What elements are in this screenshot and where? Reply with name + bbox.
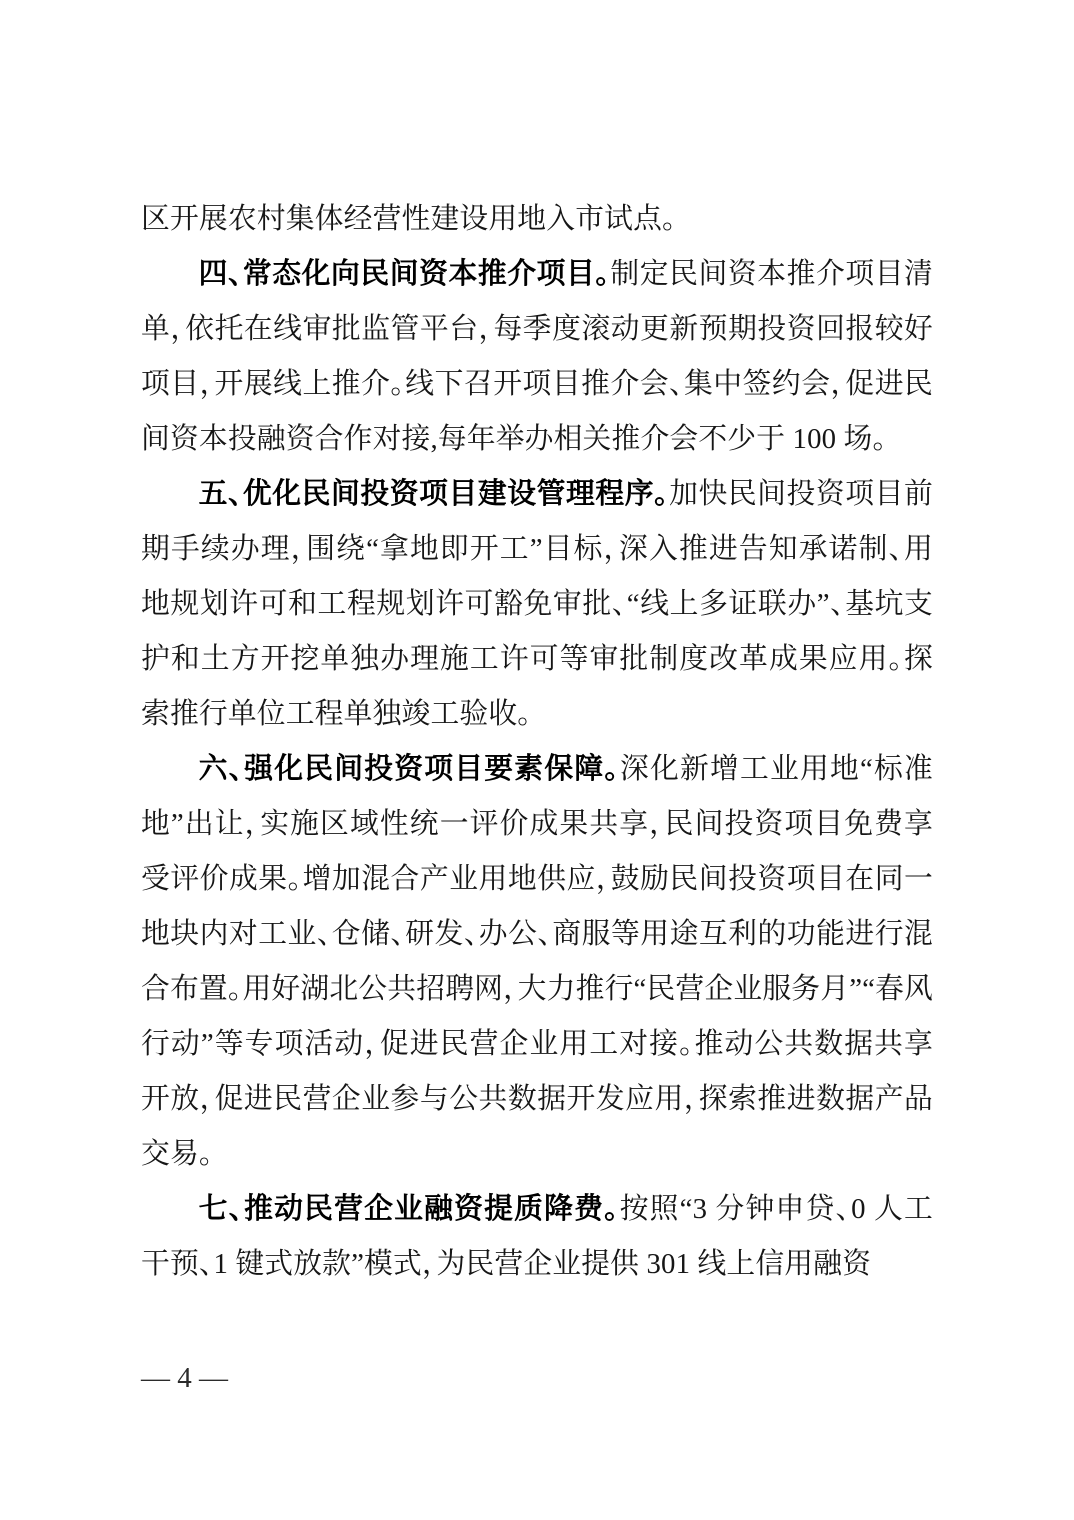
paragraph: 四、常态化向民间资本推介项目。制定民间资本推介项目清单，依托在线审批监管平台，每…	[141, 247, 933, 467]
page-number: — 4 —	[141, 1362, 228, 1394]
paragraph: 七、推动民营企业融资提质降费。按照“3 分钟申贷、0 人工干预、1 键式放款”模…	[141, 1182, 933, 1292]
document-body: 区开展农村集体经营性建设用地入市试点。四、常态化向民间资本推介项目。制定民间资本…	[141, 192, 933, 1292]
section-heading: 七、推动民营企业融资提质降费。	[199, 1193, 620, 1225]
page-footer: — 4 —	[141, 1356, 228, 1400]
paragraph: 六、强化民间投资项目要素保障。深化新增工业用地“标准地”出让，实施区域性统一评价…	[141, 742, 933, 1182]
section-heading: 五、优化民间投资项目建设管理程序。	[199, 478, 669, 510]
section-heading: 四、常态化向民间资本推介项目。	[199, 258, 611, 290]
paragraph-text: 深化新增工业用地“标准地”出让，实施区域性统一评价成果共享，民间投资项目免费享受…	[141, 753, 933, 1170]
paragraph-text: 加快民间投资项目前期手续办理，围绕“拿地即开工”目标，深入推进告知承诺制、用地规…	[141, 478, 933, 730]
paragraph: 五、优化民间投资项目建设管理程序。加快民间投资项目前期手续办理，围绕“拿地即开工…	[141, 467, 933, 742]
section-heading: 六、强化民间投资项目要素保障。	[199, 753, 620, 785]
paragraph: 区开展农村集体经营性建设用地入市试点。	[141, 192, 933, 247]
document-page: 区开展农村集体经营性建设用地入市试点。四、常态化向民间资本推介项目。制定民间资本…	[0, 0, 1074, 1520]
paragraph-text: 区开展农村集体经营性建设用地入市试点。	[141, 203, 677, 235]
